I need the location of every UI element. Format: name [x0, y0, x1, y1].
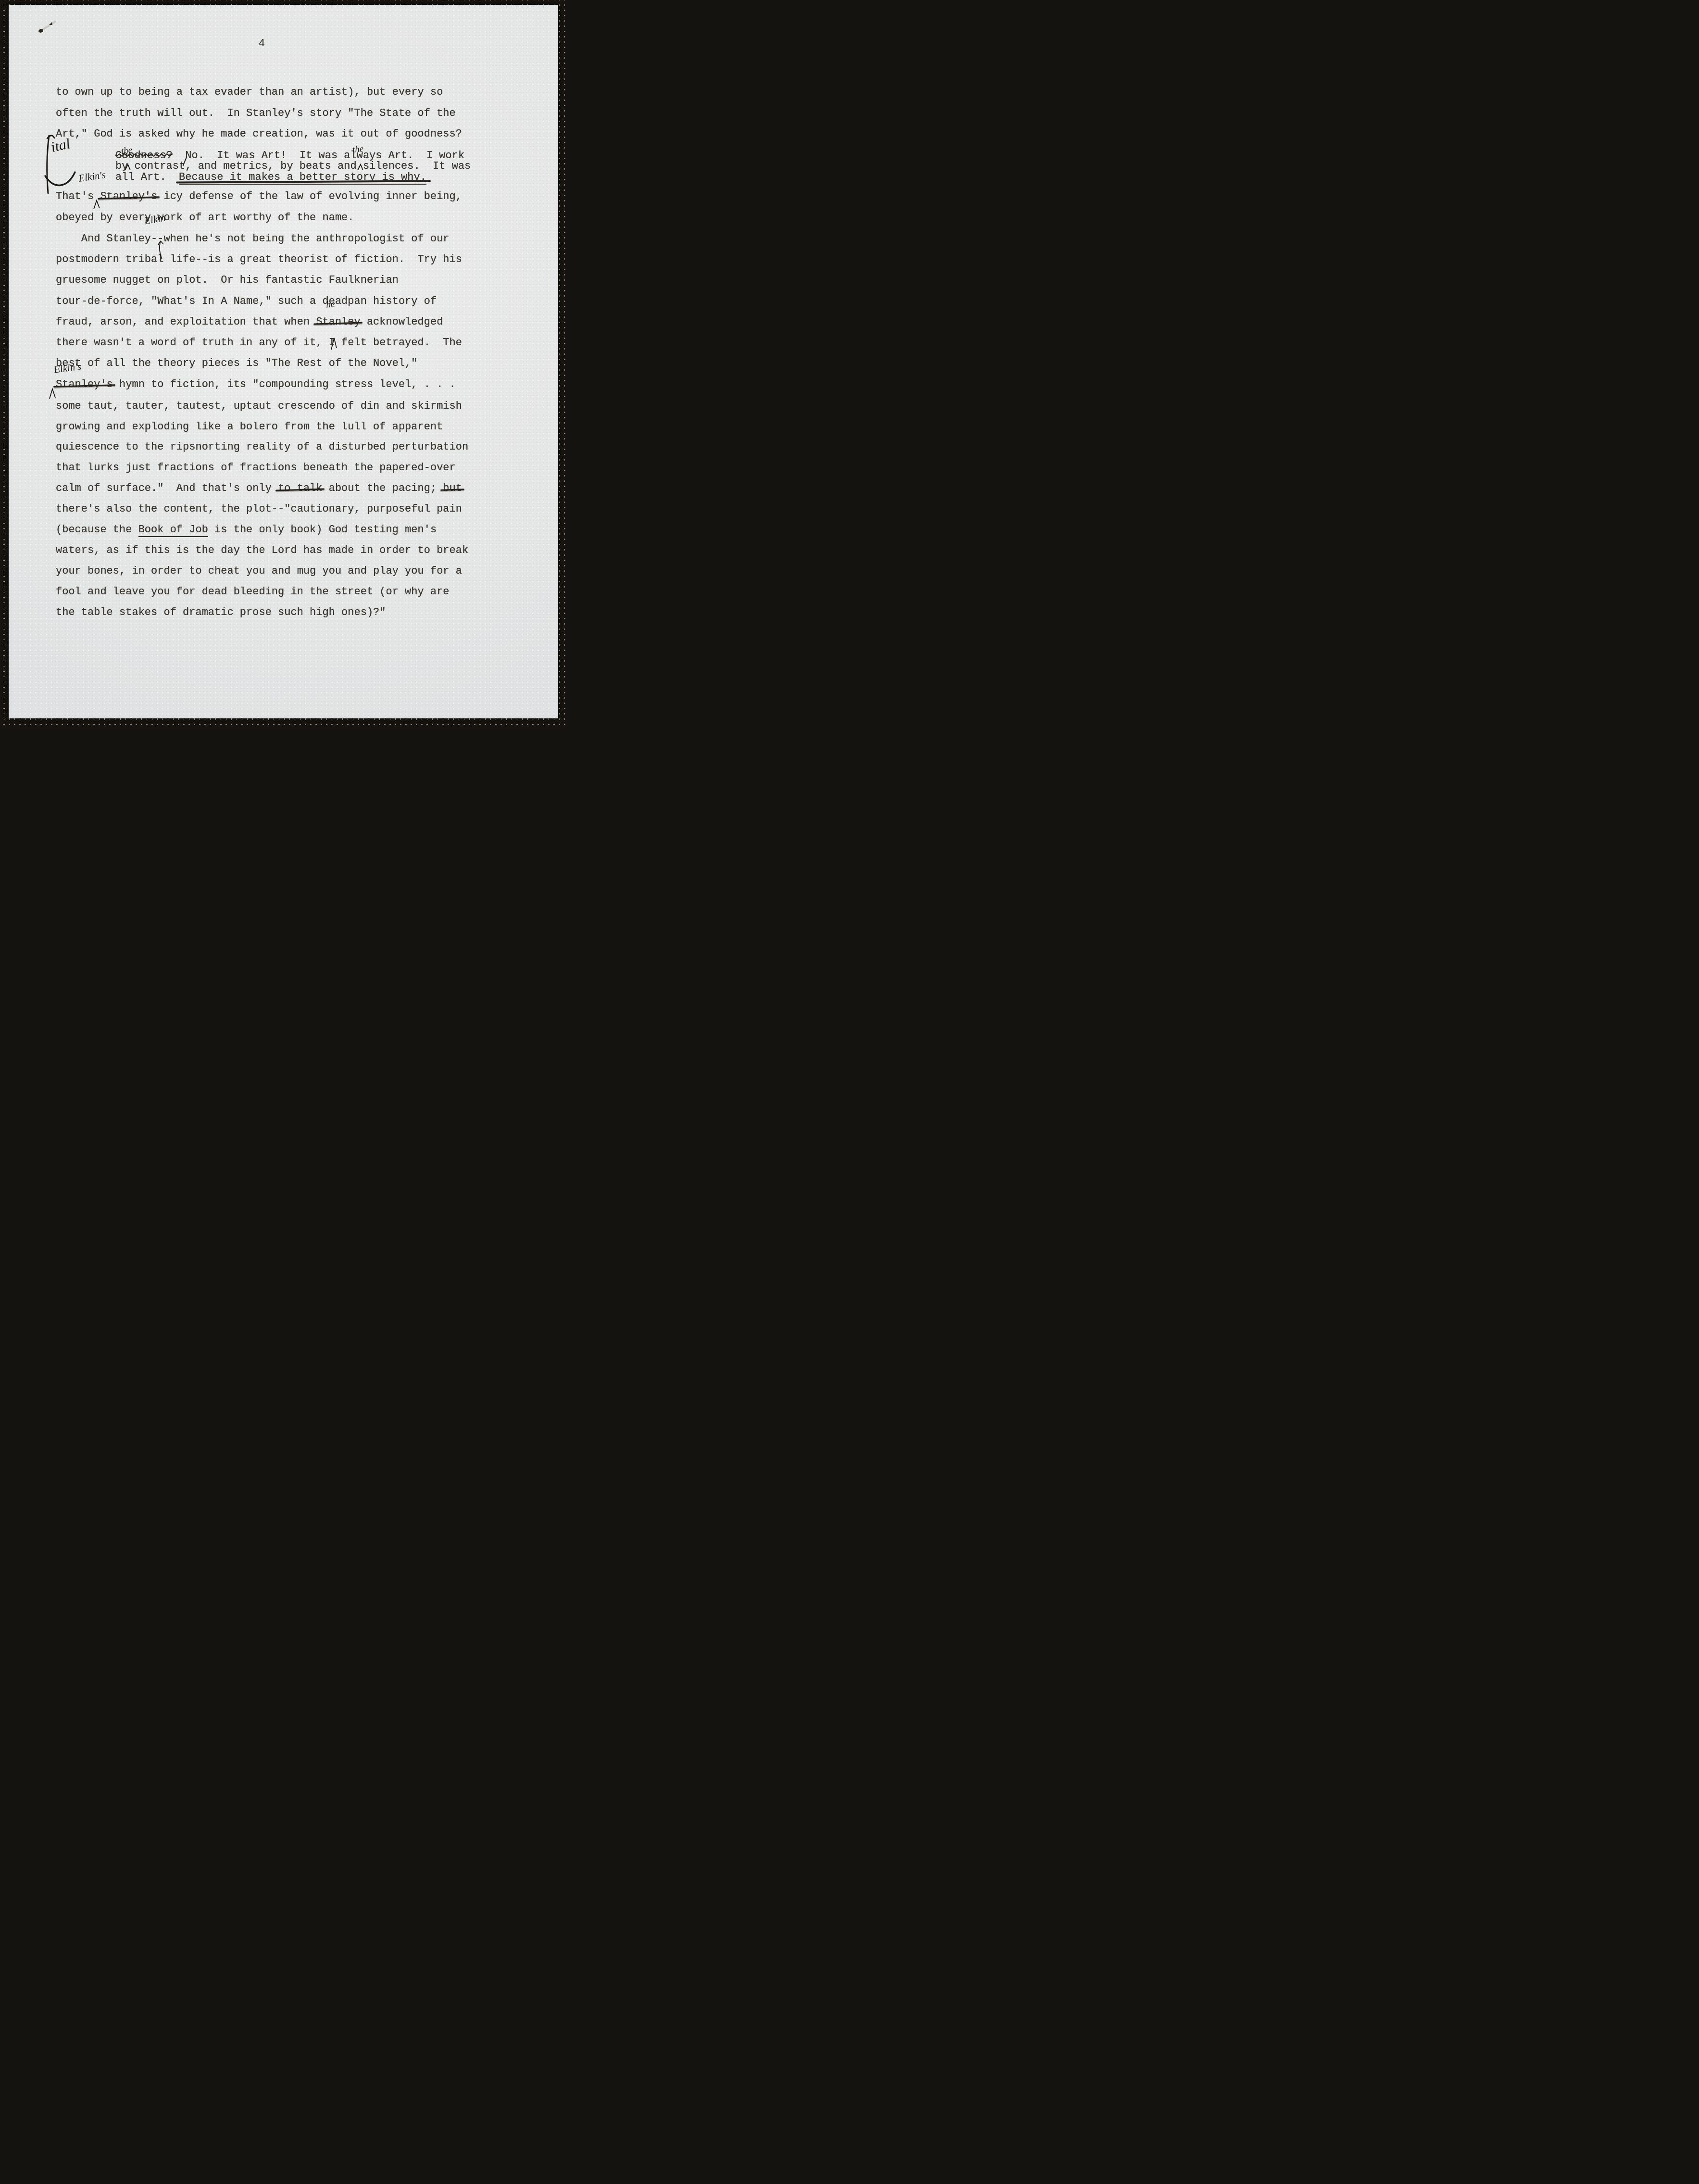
- typed-line: tour-de-force, "What's In A Name," such …: [56, 294, 437, 309]
- typed-line: waters, as if this is the day the Lord h…: [56, 543, 468, 558]
- text-segment: calm of surface." And that's only: [56, 482, 278, 494]
- text-segment: to own up to being a tax evader than an …: [56, 86, 443, 98]
- typed-line: fraud, arson, and exploitation that when…: [56, 315, 443, 329]
- typed-line: there wasn't a word of truth in any of i…: [56, 336, 462, 350]
- caret-icon: [124, 163, 132, 171]
- text-segment: hymn to fiction, its "compounding stress…: [113, 378, 456, 390]
- text-segment: fool and leave you for dead bleeding in …: [56, 586, 450, 598]
- insert-arrow-icon: [155, 239, 166, 260]
- text-segment: often the truth will out. In Stanley's s…: [56, 107, 456, 119]
- text-segment: about the pacing;: [323, 482, 443, 494]
- text-segment: tour-de-force, "What's In A Name," such …: [56, 295, 437, 307]
- typed-line: the table stakes of dramatic prose such …: [56, 605, 386, 620]
- inserted-word-the-2: the: [352, 144, 364, 155]
- text-segment: Art," God is asked why he made creation,…: [56, 128, 462, 140]
- text-segment: your bones, in order to cheat you and mu…: [56, 565, 462, 577]
- text-segment-strike: Stanley: [316, 316, 360, 328]
- typed-line: growing and exploding like a bolero from…: [56, 420, 443, 434]
- text-segment: obeyed by every work of art worthy of th…: [56, 212, 354, 224]
- typed-line: often the truth will out. In Stanley's s…: [56, 106, 456, 121]
- typed-line: quiescence to the ripsnorting reality of…: [56, 440, 468, 454]
- text-segment-strike: Stanley's: [56, 378, 113, 390]
- typed-line: that lurks just fractions of fractions b…: [56, 461, 456, 475]
- text-segment-underline: Book of Job: [138, 524, 208, 537]
- text-segment-strike: Stanley's: [100, 190, 157, 202]
- text-segment: quiescence to the ripsnorting reality of…: [56, 441, 468, 453]
- text-segment: postmodern tribal life--is a great theor…: [56, 253, 462, 265]
- caret-icon: [48, 388, 57, 399]
- typed-line: Stanley's hymn to fiction, its "compound…: [56, 377, 456, 392]
- text-segment-strike: to talk: [278, 482, 322, 494]
- text-segment: all Art.: [115, 171, 179, 183]
- text-segment: fraud, arson, and exploitation that when: [56, 316, 316, 328]
- text-segment: icy defense of the law of evolving inner…: [157, 190, 462, 202]
- typed-line: postmodern tribal life--is a great theor…: [56, 252, 462, 267]
- text-segment: there's also the content, the plot--"cau…: [56, 503, 462, 515]
- typed-line: to own up to being a tax evader than an …: [56, 85, 443, 100]
- inserted-word-the-1: the: [121, 145, 133, 157]
- text-segment: some taut, tauter, tautest, uptaut cresc…: [56, 400, 462, 412]
- text-segment: there wasn't a word of truth in any of i…: [56, 337, 462, 349]
- text-segment-strike: but: [443, 482, 462, 494]
- typed-line: gruesome nugget on plot. Or his fantasti…: [56, 273, 399, 288]
- text-segment: (because the: [56, 524, 138, 536]
- typed-line: Art," God is asked why he made creation,…: [56, 127, 462, 141]
- typed-line: there's also the content, the plot--"cau…: [56, 502, 462, 516]
- text-segment: is the only book) God testing men's: [208, 524, 437, 536]
- caret-icon: [329, 337, 338, 350]
- text-segment: gruesome nugget on plot. Or his fantasti…: [56, 274, 399, 286]
- text-segment: the table stakes of dramatic prose such …: [56, 606, 386, 618]
- typed-line: And Stanley--when he's not being the ant…: [56, 232, 450, 246]
- text-segment: growing and exploding like a bolero from…: [56, 421, 443, 433]
- correction-he: he: [325, 299, 336, 311]
- typed-line: That's Stanley's icy defense of the law …: [56, 189, 462, 204]
- typed-line: some taut, tauter, tautest, uptaut cresc…: [56, 399, 462, 414]
- typed-line: your bones, in order to cheat you and mu…: [56, 564, 462, 578]
- text-segment: best of all the theory pieces is "The Re…: [56, 357, 418, 369]
- text-segment: that lurks just fractions of fractions b…: [56, 462, 456, 474]
- typed-line: calm of surface." And that's only to tal…: [56, 481, 462, 496]
- typed-line: best of all the theory pieces is "The Re…: [56, 356, 418, 371]
- text-segment: acknowledged: [361, 316, 443, 328]
- typed-line: fool and leave you for dead bleeding in …: [56, 585, 450, 599]
- typed-text-layer: to own up to being a tax evader than an …: [0, 0, 566, 728]
- typed-line: obeyed by every work of art worthy of th…: [56, 211, 354, 225]
- typed-line: (because the Book of Job is the only boo…: [56, 523, 437, 537]
- caret-icon: [357, 163, 364, 171]
- scanned-page: 4 to own up to being a tax evader than a…: [0, 0, 566, 728]
- text-segment: And Stanley--when he's not being the ant…: [56, 233, 450, 245]
- caret-icon: [92, 199, 101, 210]
- text-segment: waters, as if this is the day the Lord h…: [56, 544, 468, 556]
